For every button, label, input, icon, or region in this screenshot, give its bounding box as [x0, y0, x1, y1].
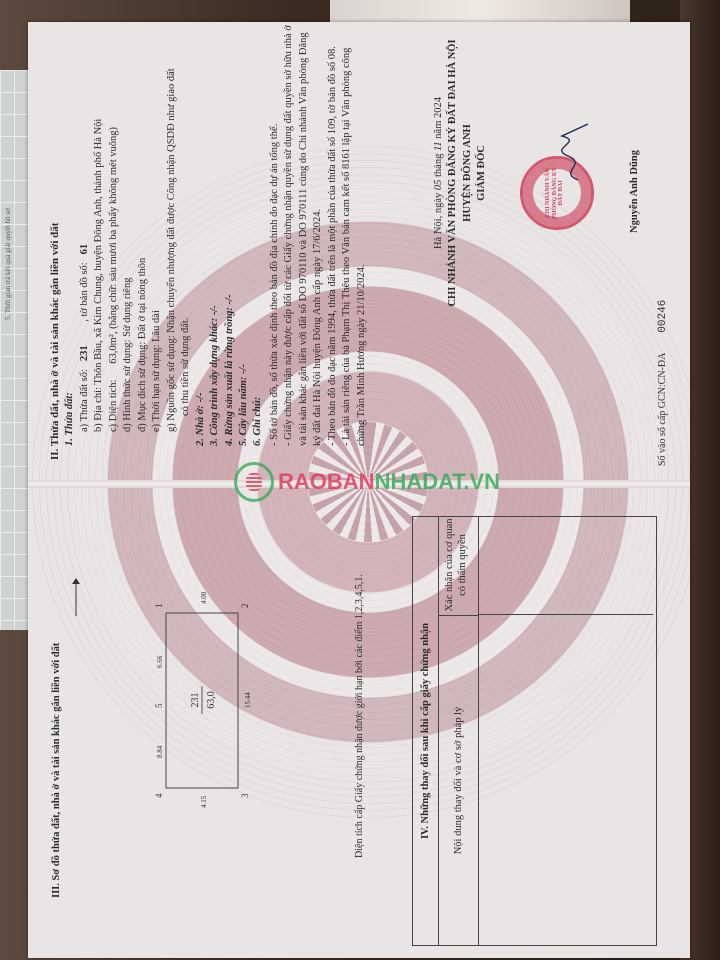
background-object — [330, 0, 630, 22]
edge-length: 4.15 — [200, 795, 208, 808]
origin-row: g) Nguồn gốc sử dụng: Nhận chuyển nhượng… — [165, 22, 179, 460]
notes-title: 6. Ghi chú: — [251, 22, 265, 460]
registry-label: Số vào sổ cấp GCN:CN-ĐA — [657, 353, 668, 466]
forest-row: 4. Rừng sản xuất là rừng trồng: -/- — [223, 22, 237, 460]
map-sheet-label: , tờ bản đồ số: — [79, 262, 90, 322]
origin-value: Nhận chuyển nhượng đất được Công nhận QS… — [166, 68, 177, 332]
north-arrow-icon — [68, 578, 84, 618]
other-works-row: 3. Công trình xây dựng khác: -/- — [208, 22, 222, 460]
watermark-text-green: NHADAT.VN — [375, 469, 500, 494]
changes-table-header: Nội dung thay đổi và cơ sở pháp lý Xác n… — [439, 517, 479, 945]
issue-date: Hà Nội, ngày 05 tháng 11 năm 2024 — [432, 28, 446, 318]
date-month: 11 — [433, 141, 444, 151]
origin-label: g) Nguồn gốc sử dụng: — [166, 335, 177, 432]
purpose-value: Đất ở tại nông thôn — [137, 258, 148, 339]
term-label: e) Thời hạn sử dụng: — [151, 345, 162, 432]
edge-length: 4.00 — [200, 591, 208, 604]
plot-point-label: 4 — [154, 793, 164, 798]
plot-diagram: 1 2 3 4 5 4.00 15.44 4.15 8.84 6.66 231 … — [128, 588, 278, 828]
date-prefix: Hà Nội, ngày — [433, 193, 444, 249]
note-item: - Giấy chứng nhận này được cấp đổi từ cá… — [282, 22, 325, 446]
plot-point-label: 5 — [154, 703, 164, 708]
parcel-label: a) Thửa đất số: — [79, 369, 90, 432]
use-form-row: d) Hình thức sử dụng: Sử dụng riêng — [121, 22, 135, 460]
land-subtitle: 1. Thửa đất: — [63, 22, 77, 460]
note-item: - Số tờ bản đồ, số thửa xác định theo bả… — [268, 22, 282, 446]
changes-table: IV. Những thay đổi sau khi cấp giấy chứn… — [412, 516, 657, 946]
col-confirm-header: Xác nhận của cơ quan có thẩm quyền — [443, 515, 469, 615]
map-sheet-number: 61 — [79, 244, 90, 255]
signature-icon — [548, 122, 598, 182]
plot-area: 63,0 — [206, 691, 217, 709]
house-row: 2. Nhà ở: -/- — [194, 22, 208, 460]
col-content-header: Nội dung thay đổi và cơ sở pháp lý — [439, 615, 478, 945]
edge-length: 8.84 — [156, 745, 164, 758]
plot-point-label: 1 — [154, 604, 164, 609]
purpose-label: đ) Mục đích sử dụng: — [137, 342, 148, 432]
registry-value: 00246 — [657, 300, 669, 333]
note-item: - Theo bản đồ đo đạc năm 1994, thửa đất … — [326, 22, 340, 446]
area-value: 63,0m², (bằng chữ: sáu mươi ba phẩy khôn… — [108, 127, 119, 364]
origin-cont: có thu tiền sử dụng đất. — [179, 22, 193, 460]
plot-number: 231 — [190, 693, 201, 708]
section-iii-title: III. Sơ đồ thửa đất, nhà ở và tài sản kh… — [50, 643, 64, 898]
column-divider — [479, 614, 653, 615]
address-label: b) Địa chỉ: — [93, 387, 104, 432]
registry-number: Số vào sổ cấp GCN:CN-ĐA 00246 — [656, 300, 671, 466]
watermark-text-red: RAOBAN — [278, 469, 375, 494]
area-label: c) Diện tích: — [108, 380, 119, 432]
issuing-org-line1: CHI NHÁNH VĂN PHÒNG ĐĂNG KÝ ĐẤT ĐAI HÀ N… — [446, 28, 460, 318]
edge-length: 15.44 — [244, 692, 252, 708]
perennial-row: 5. Cây lâu năm: -/- — [237, 22, 251, 460]
watermark-text: RAOBANNHADAT.VN — [278, 469, 500, 495]
signature-block: Hà Nội, ngày 05 tháng 11 năm 2024 CHI NH… — [432, 28, 490, 318]
signer-position: GIÁM ĐỐC — [475, 28, 489, 318]
plot-point-label: 3 — [240, 793, 250, 798]
land-certificate: II. Thửa đất, nhà ở và tài sản khác gắn … — [28, 22, 690, 958]
issuing-org-line2: HUYỆN ĐÔNG ANH — [461, 28, 475, 318]
parcel-number: 231 — [79, 345, 90, 361]
signer-name: Nguyễn Anh Dũng — [628, 150, 642, 233]
purpose-row: đ) Mục đích sử dụng: Đất ở tại nông thôn — [136, 22, 150, 460]
area-note: Diện tích cấp Giấy chứng nhận được giới … — [353, 574, 367, 858]
address-row: b) Địa chỉ: Thôn Bầu, xã Kim Chung, huyệ… — [92, 22, 106, 460]
date-day: 05 — [433, 180, 444, 191]
page-section-iii-iv: III. Sơ đồ thửa đất, nhà ở và tài sản kh… — [28, 488, 690, 958]
month-label: tháng — [433, 154, 444, 177]
notes-list: - Số tờ bản đồ, số thửa xác định theo bả… — [268, 22, 369, 460]
section-ii-title: II. Thửa đất, nhà ở và tài sản khác gắn … — [48, 22, 63, 460]
page-section-ii: II. Thửa đất, nhà ở và tài sản khác gắn … — [28, 22, 690, 488]
watermark-logo-icon — [234, 462, 274, 502]
edge-length: 6.66 — [156, 655, 164, 668]
sleeve-text: 5. Thời gian trả kết quả giải quyết hồ s… — [4, 80, 12, 320]
note-item: - Là tài sản riêng của bà Phạm Thị Thêu … — [340, 22, 369, 446]
parcel-row: a) Thửa đất số: 231 , tờ bản đồ số: 61 — [78, 22, 92, 460]
changes-table-title: IV. Những thay đổi sau khi cấp giấy chứn… — [413, 517, 439, 945]
use-form-label: d) Hình thức sử dụng: — [122, 340, 133, 432]
year-label: năm 2024 — [433, 97, 444, 139]
plot-point-label: 2 — [240, 604, 250, 609]
area-row: c) Diện tích: 63,0m², (bằng chữ: sáu mươ… — [107, 22, 121, 460]
section-ii: II. Thửa đất, nhà ở và tài sản khác gắn … — [48, 22, 369, 460]
address-value: Thôn Bầu, xã Kim Chung, huyện Đông Anh, … — [93, 119, 104, 385]
use-form-value: Sử dụng riêng — [122, 278, 133, 337]
term-row: e) Thời hạn sử dụng: Lâu dài — [150, 22, 164, 460]
term-value: Lâu dài — [151, 310, 162, 342]
watermark: RAOBANNHADAT.VN — [234, 462, 500, 502]
